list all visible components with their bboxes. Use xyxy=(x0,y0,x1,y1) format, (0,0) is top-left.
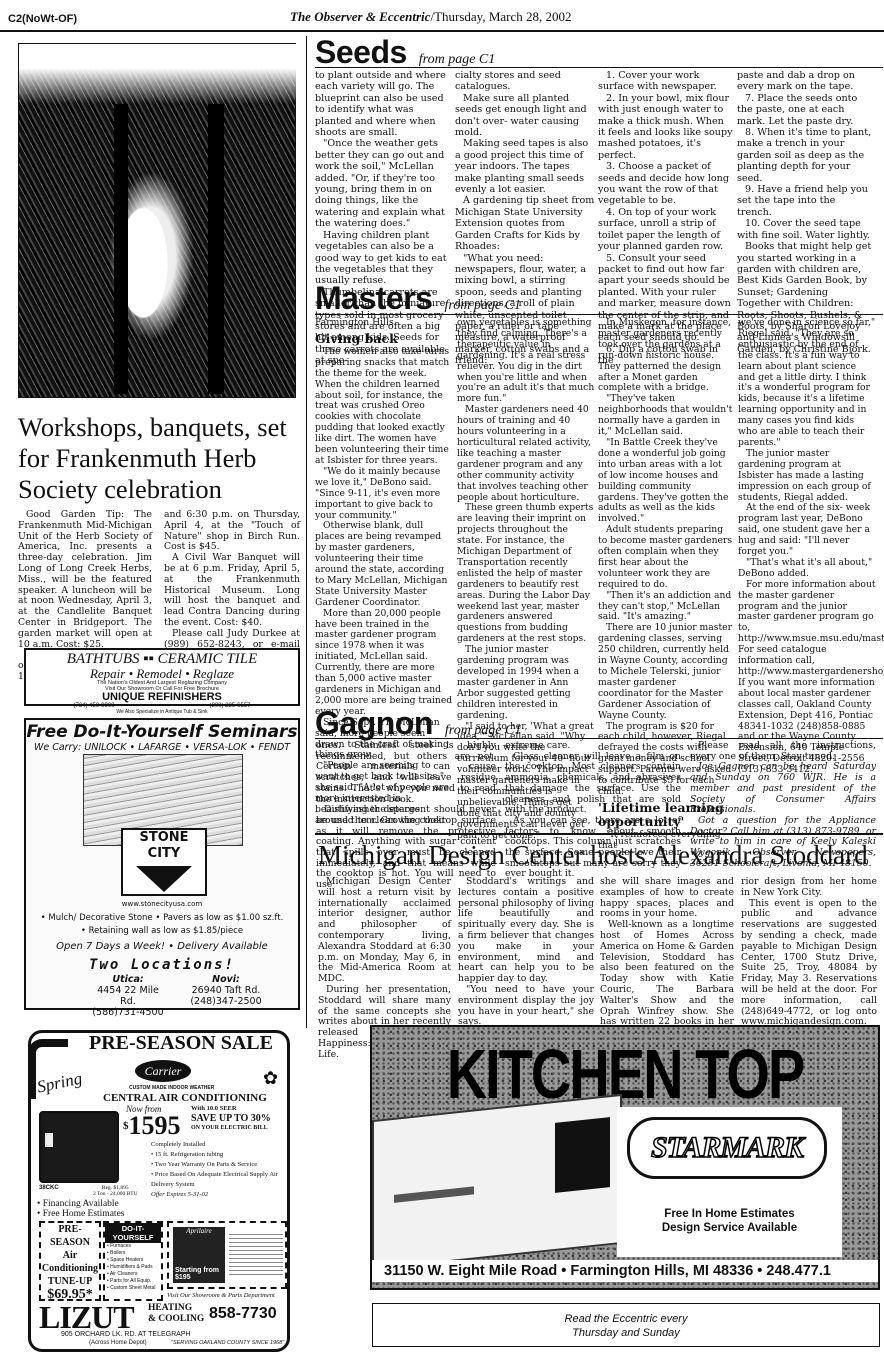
novi-label: Novi: xyxy=(186,974,266,985)
diy-item: • Custom Sheet Metal xyxy=(107,1285,161,1292)
kitchen-ad-services: Free In Home Estimates Design Service Av… xyxy=(617,1207,842,1235)
design-center-paragraph: Stoddard's writings and lectures contain… xyxy=(458,877,594,985)
garden-arbor-photo xyxy=(18,43,296,398)
feature-item: Completely Installed xyxy=(151,1140,291,1150)
utica-phone[interactable]: (586)731-4500 xyxy=(88,1007,168,1018)
promo-line-2: Thursday and Sunday xyxy=(373,1326,879,1340)
herb-paragraph: A Civil War Banquet will be at 6 p.m. Fr… xyxy=(164,553,300,629)
bathtubs-footer: We Also Specialize in Antique Tub & Sink xyxy=(26,709,298,715)
stone-city-location-novi: Novi: 26940 Taft Rd. (248)347-2500 xyxy=(186,974,266,1007)
kitchen-ad-address: 31150 W. Eight Mile Road • Farmington Hi… xyxy=(372,1260,878,1282)
masthead: C2(NoWt-OF) The Observer & Eccentric/Thu… xyxy=(0,0,884,32)
diy-item: • Humidifiers & Pads xyxy=(107,1264,161,1271)
gagnon-paragraph: Please read all the instructions, every … xyxy=(690,741,876,762)
offer-expiry: Offer Expires 5-31-02 xyxy=(151,1190,291,1200)
heating-cooling: HEATING& COOLING xyxy=(148,1303,204,1325)
product-name: CENTRAL AIR CONDITIONING xyxy=(103,1092,267,1104)
feature-item: • Price Based On Adequate Electrical Sup… xyxy=(151,1170,291,1190)
starmark-logo: STARMARK xyxy=(627,1117,827,1179)
publication-name: The Observer & Eccentric xyxy=(290,9,430,24)
carrier-logo: Carrier xyxy=(135,1060,191,1082)
seeds-jump-header: Seedsfrom page C1 xyxy=(315,38,883,68)
kitchen-photo xyxy=(372,1094,622,1270)
butterfly-icon: ✿ xyxy=(263,1068,278,1089)
stone-city-logo-text: STONE CITY xyxy=(123,830,205,862)
free-estimates: Free In Home Estimates xyxy=(617,1207,842,1221)
feature-item: • 15 ft. Refrigeration tubing xyxy=(151,1150,291,1160)
stone-city-hours: Open 7 Days a Week! • Delivery Available xyxy=(26,941,298,952)
lizut-ad[interactable]: PRE-SEASON SALE Spring Carrier ✿ CUSTOM … xyxy=(28,1030,290,1352)
stone-city-logo-emblem-icon xyxy=(136,866,192,892)
masters-paragraph: Master gardeners need 40 hours of traini… xyxy=(457,405,595,503)
photo-arbor xyxy=(114,104,224,394)
aprilaire-fine-print xyxy=(229,1231,283,1275)
masters-paragraph: "That's what it's all about," DeBono add… xyxy=(738,558,876,580)
seeds-paragraph: Having children plant vegetables can als… xyxy=(315,230,451,287)
diy-item: • Furnaces xyxy=(107,1243,161,1250)
lizut-phone[interactable]: 858-7730 xyxy=(209,1305,277,1323)
seeds-step: 9. Have a friend help you set the tape i… xyxy=(737,184,873,218)
seeds-step: 1. Cover your work surface with newspape… xyxy=(598,70,733,93)
price-value: 1595 xyxy=(129,1111,181,1140)
seeds-step: 10. Cover the seed tape with fine soil. … xyxy=(737,218,873,241)
kitchen-top-shop-ad[interactable]: KITCHEN TOP SHOP STARMARK Free In Home E… xyxy=(370,1025,880,1290)
design-center-paragraph: "You need to have your environment displ… xyxy=(458,985,594,1028)
aprilaire-box: Aprilaire Starting from $195 xyxy=(167,1221,287,1289)
diy-item: • Space Heaters xyxy=(107,1257,161,1264)
seeds-paragraph: Make sure all planted seeds get enough l… xyxy=(455,93,595,139)
design-center-paragraph: Michigan Design Center will host a retur… xyxy=(318,877,451,985)
bathtubs-phone-local[interactable]: (734) 459-9900 xyxy=(73,703,114,709)
masters-paragraph: More than 20,000 people have been traine… xyxy=(315,609,453,718)
features-list: Completely Installed • 15 ft. Refrigerat… xyxy=(151,1140,291,1200)
masters-paragraph: "Then it's an addiction and they can't s… xyxy=(598,591,733,624)
diy-title: DO-IT-YOURSELF xyxy=(105,1223,161,1243)
financing-info: • Financing Available • Free Home Estima… xyxy=(37,1199,125,1219)
aprilaire-product-image: Aprilaire Starting from $195 xyxy=(173,1227,225,1283)
stone-city-title: Free Do-It-Yourself Seminars xyxy=(26,722,298,742)
kitchen-photo-counter xyxy=(394,1186,474,1202)
masters-paragraph: "We do it mainly because we love it," De… xyxy=(315,467,453,522)
publication-dateline: The Observer & Eccentric/Thursday, March… xyxy=(290,9,572,25)
seeds-step: 4. On top of your work surface, unroll a… xyxy=(598,207,733,253)
seeds-title: Seeds xyxy=(315,34,407,70)
design-center-paragraph: rior design from her home in New York Ci… xyxy=(741,877,877,899)
masters-paragraph: Adult students preparing to become maste… xyxy=(598,525,733,590)
seeds-step: 8. When it's time to plant, make a trenc… xyxy=(737,127,873,184)
savings: SAVE UP TO 30% xyxy=(191,1113,271,1124)
masters-title: Masters xyxy=(315,280,432,316)
seeds-paragraph: Making seed tapes is also a good project… xyxy=(455,138,595,195)
kitchen-photo-window xyxy=(555,1117,610,1193)
promo-box: Read the Eccentric every Thursday and Su… xyxy=(372,1303,880,1347)
diy-list: • Furnaces • Boilers • Space Heaters • H… xyxy=(105,1243,161,1292)
seeds-step: paste and dab a drop on every mark on th… xyxy=(737,70,873,93)
masters-paragraph: In Muskegon, for instance, master garden… xyxy=(598,318,733,394)
stone-city-location-utica: Utica: 4454 22 Mile Rd. (586)731-4500 xyxy=(88,974,168,1018)
bathtubs-ad[interactable]: BATHTUBS ▪▪ CERAMIC TILE Repair • Remode… xyxy=(24,648,300,706)
heating-label: HEATING xyxy=(148,1303,204,1314)
tune-up-coupon[interactable]: PRE-SEASON Air Conditioning TUNE-UP $69.… xyxy=(39,1221,101,1301)
showroom-note: Visit Our Showroom & Parts Department xyxy=(167,1292,275,1299)
bathtubs-phone-tollfree[interactable]: (800) 235-6557 xyxy=(209,703,250,709)
regular-price: Reg. $1,8952 Ton - 24,000 BTU xyxy=(93,1185,138,1197)
design-service: Design Service Available xyxy=(617,1221,842,1235)
seeds-paragraph: to plant outside and where each variety … xyxy=(315,70,451,138)
gagnon-paragraph: ones. Stainless steel is highly recommen… xyxy=(316,741,496,805)
seeds-step: 3. Choose a packet of seeds and decide h… xyxy=(598,161,733,207)
lizut-landmark: (Across Home Depot) xyxy=(89,1340,147,1346)
seeds-jump-line: from page C1 xyxy=(419,52,495,67)
utica-address: 4454 22 Mile Rd. xyxy=(88,985,168,1007)
novi-address: 26940 Taft Rd. xyxy=(186,985,266,996)
herb-paragraph: and 6:30 p.m. on Thursday, April 4, at t… xyxy=(164,510,300,553)
bathtubs-company: UNIQUE REFINISHERS xyxy=(26,692,298,703)
herb-paragraph: Good Garden Tip: The Frankenmuth Mid-Mic… xyxy=(18,510,152,650)
masters-paragraph: we've done in science so far," Riegal sa… xyxy=(738,318,876,449)
stone-city-logo: STONE CITY xyxy=(121,828,207,896)
tune-up-line: PRE-SEASON xyxy=(41,1223,99,1249)
tune-up-line: Air xyxy=(41,1249,99,1262)
masters-jump-line: from page C1 xyxy=(444,298,520,313)
lizut-serving: "SERVING OAKLAND COUNTY SINCE 1968" xyxy=(171,1340,284,1346)
seeds-step: 7. Place the seeds onto the paste, one a… xyxy=(737,93,873,127)
masters-paragraph: "In Battle Creek they've done a wonderfu… xyxy=(598,438,733,525)
gagnon-title: Gagnon xyxy=(315,705,433,741)
financing: • Financing Available xyxy=(37,1199,125,1209)
seeds-step: 2. In your bowl, mix flour with just eno… xyxy=(598,93,733,161)
masters-paragraph: At the end of the six- week program last… xyxy=(738,503,876,558)
stone-city-line-1: • Mulch/ Decorative Stone • Pavers as lo… xyxy=(26,912,298,924)
seer-rating: With 10.0 SEER xyxy=(191,1105,237,1112)
promo-line-1: Read the Eccentric every xyxy=(373,1312,879,1326)
masters-paragraph: Farmington Hills. xyxy=(315,318,453,329)
seeds-paragraph: cialty stores and seed catalogues. xyxy=(455,70,595,93)
masters-subhead: Giving back xyxy=(315,332,453,346)
ac-unit-panel xyxy=(45,1133,53,1147)
stone-city-brands: We Carry: UNILOCK • LAFARGE • VERSA-LOK … xyxy=(26,742,298,754)
seeds-paragraph: "Once the weather gets better they can g… xyxy=(315,138,451,229)
aprilaire-price: Starting from $195 xyxy=(175,1267,225,1281)
design-center-column-2: Stoddard's writings and lectures contain… xyxy=(458,877,594,1050)
utica-label: Utica: xyxy=(88,974,168,985)
herb-headline: Workshops, banquets, set for Frankenmuth… xyxy=(18,412,303,505)
feature-item: • Two Year Warranty On Parts & Service xyxy=(151,1160,291,1170)
capacity: 2 Ton - 24,000 BTU xyxy=(93,1191,138,1197)
tune-up-line: Conditioning xyxy=(41,1262,99,1275)
bathtubs-title: BATHTUBS ▪▪ CERAMIC TILE xyxy=(26,652,298,667)
stone-city-url[interactable]: www.stonecityusa.com xyxy=(26,900,298,908)
design-center-column-3: she will share images and examples of ho… xyxy=(600,877,734,1050)
gagnon-jump-line: from page C1 xyxy=(445,723,521,738)
stone-city-line-2: • Retaining wall as low as $1.85/piece xyxy=(26,925,298,937)
savings-sub: ON YOUR ELECTRIC BILL xyxy=(191,1125,268,1131)
novi-phone[interactable]: (248)347-2500 xyxy=(186,996,266,1007)
publication-date: /Thursday, March 28, 2002 xyxy=(430,9,571,24)
price: $1595 xyxy=(123,1113,181,1139)
stone-city-ad[interactable]: Free Do-It-Yourself Seminars We Carry: U… xyxy=(24,718,300,1010)
diy-item: • Boilers xyxy=(107,1250,161,1257)
bathtubs-services: Repair • Remodel • Reglaze xyxy=(26,667,298,680)
design-center-column-4: rior design from her home in New York Ci… xyxy=(741,877,877,1028)
lizut-address: 905 ORCHARD LK. RD. AT TELEGRAPH xyxy=(61,1331,191,1338)
masters-paragraph: The women also take turns preparing snac… xyxy=(315,347,453,467)
masters-paragraph: The junior master gardening program at I… xyxy=(738,449,876,504)
lizut-logo: LIZUT xyxy=(39,1301,134,1333)
section-rule xyxy=(315,833,883,835)
starmark-logo-text: STARMARK xyxy=(651,1131,803,1165)
gagnon-paragraph: Glass cleaner will leave a film on the c… xyxy=(505,752,681,816)
stone-city-locations-title: Two Locations! xyxy=(26,957,298,973)
aprilaire-logo: Aprilaire xyxy=(173,1227,225,1235)
masters-paragraph: own vegetables is something they find ca… xyxy=(457,318,595,405)
masters-jump-header: Mastersfrom page C1 xyxy=(315,283,883,315)
design-center-paragraph: she will share images and examples of ho… xyxy=(600,877,734,920)
diy-box: DO-IT-YOURSELF • Furnaces • Boilers • Sp… xyxy=(103,1221,163,1301)
masters-paragraph: Otherwise blank, dull places are being r… xyxy=(315,521,453,608)
column-divider xyxy=(306,36,307,1028)
masters-paragraph: These green thumb experts are leaving th… xyxy=(457,503,595,645)
design-center-headline: Michigan Design Center hosts Alexandra S… xyxy=(318,838,884,872)
masters-column-4: we've done in science so far," Riegal sa… xyxy=(738,318,876,776)
gagnon-jump-header: Gagnonfrom page C1 xyxy=(315,709,883,739)
free-estimates: • Free Home Estimates xyxy=(37,1209,125,1219)
lizut-headline: PRE-SEASON SALE xyxy=(89,1032,273,1055)
page-folio: C2(NoWt-OF) xyxy=(8,13,77,25)
design-center-paragraph: This event is open to the public and adv… xyxy=(741,899,877,1029)
masters-paragraph: "They've taken neighborhoods that wouldn… xyxy=(598,394,733,438)
kitchen-ad-info-panel: STARMARK Free In Home Estimates Design S… xyxy=(617,1107,842,1257)
diy-item: • Air Cleaners xyxy=(107,1271,161,1278)
model-number: 38CKC xyxy=(39,1185,59,1191)
ac-unit-image xyxy=(39,1111,119,1183)
photo-sky xyxy=(19,44,297,104)
masters-paragraph: There are 10 junior master gardening cla… xyxy=(598,623,733,721)
gagnon-bio: Joe Gagnon can be heard Saturday and Sun… xyxy=(690,762,876,816)
seeds-paragraph: A gardening tip sheet from Michigan Stat… xyxy=(455,195,595,252)
diy-item: • Parts for All Equip. xyxy=(107,1278,161,1285)
cooling-label: & COOLING xyxy=(148,1314,204,1325)
carrier-tagline: CUSTOM MADE INDOOR WEATHER xyxy=(129,1085,214,1091)
